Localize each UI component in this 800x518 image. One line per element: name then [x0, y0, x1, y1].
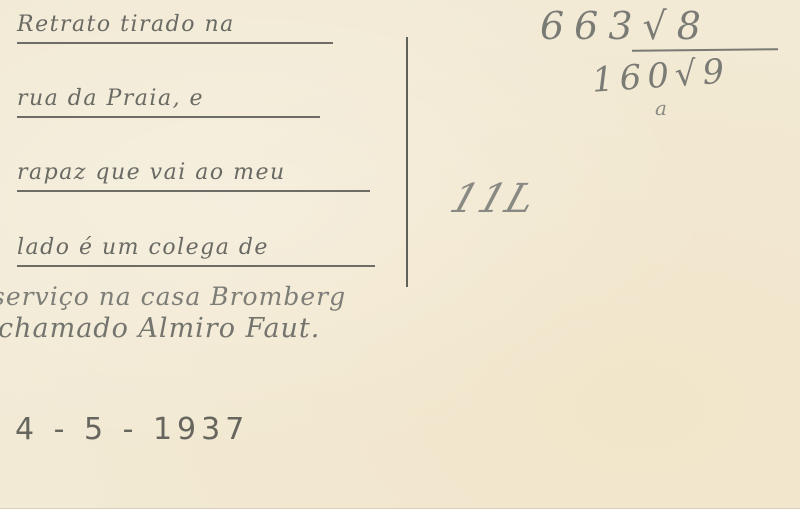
- reference-fraction-line: [632, 48, 778, 52]
- ruled-underline-2: [17, 116, 320, 118]
- photo-back-paper: Retrato tirado na rua da Praia, e rapaz …: [0, 0, 800, 509]
- inscription-continuation-2: chamado Almiro Faut.: [0, 313, 320, 344]
- archive-reference-bottom: 160√9: [591, 51, 732, 101]
- archive-reference-top: 663√8: [540, 4, 711, 48]
- inscription-line-4: lado é um colega de: [17, 235, 269, 260]
- vertical-divider-line: [406, 37, 408, 287]
- ruled-underline-1: [17, 42, 333, 44]
- ruled-underline-4: [17, 265, 375, 267]
- inscription-line-3: rapaz que vai ao meu: [17, 160, 286, 185]
- inscription-date: 4 - 5 - 1937: [15, 412, 249, 447]
- ruled-underline-3: [17, 190, 370, 192]
- inscription-line-2: rua da Praia, e: [17, 86, 204, 111]
- inscription-line-1: Retrato tirado na: [17, 12, 235, 37]
- archive-shelf-mark: 11L: [445, 176, 543, 222]
- inscription-continuation-1: serviço na casa Bromberg: [0, 282, 346, 311]
- archive-reference-sub: a: [655, 96, 667, 120]
